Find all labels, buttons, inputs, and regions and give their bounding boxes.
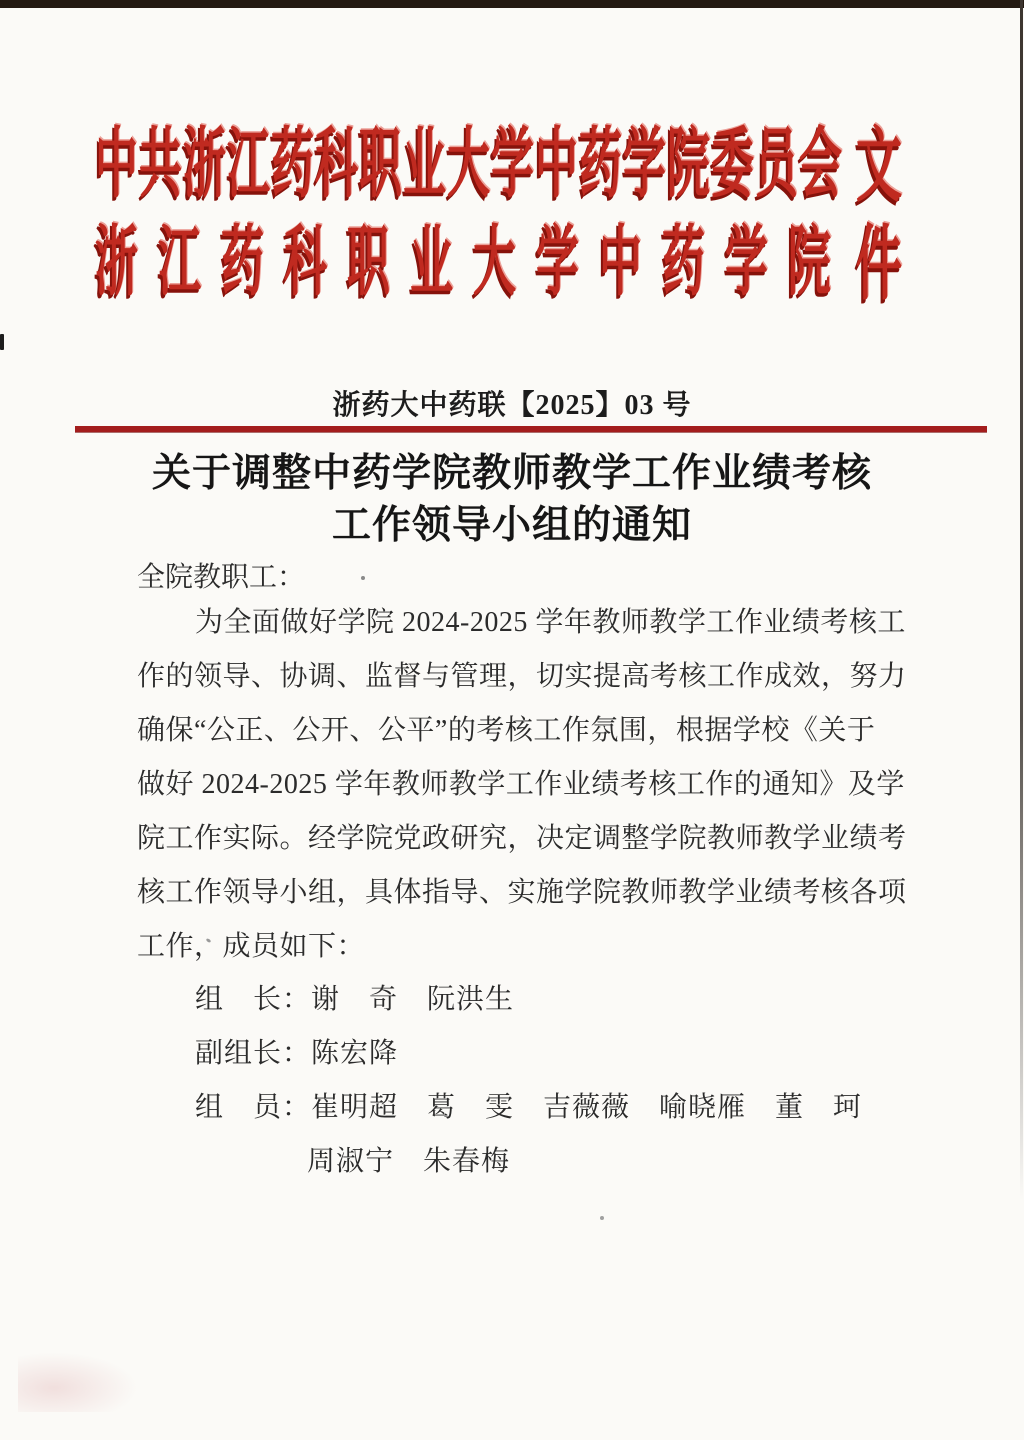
letterhead-suffix-jian: 件 <box>856 224 902 306</box>
roster-role: 组 长： <box>195 984 311 1015</box>
scan-speck <box>361 576 365 580</box>
scan-artifact <box>0 334 4 350</box>
paragraph-line: 做好 2024-2025 学年教师教学工作业绩考核工作的通知》及学 <box>137 758 905 812</box>
document-title-line-1: 关于调整中药学院教师教学工作业绩考核 <box>0 448 1024 500</box>
document-title-line-2: 工作领导小组的通知 <box>0 500 1024 552</box>
roster-names: 陈宏降 <box>311 1038 398 1069</box>
document-scan: 中共浙江药科职业大学中药学院委员会 浙江药科职业大学中药学院 文 件 浙药大中药… <box>0 0 1024 1440</box>
roster-role: 副组长： <box>195 1038 311 1069</box>
body-paragraph: 为全面做好学院 2024-2025 学年教师教学工作业绩考核工 作的领导、协调、… <box>137 596 905 974</box>
letterhead-suffix-wen: 文 <box>856 126 902 208</box>
leading-group-roster: 组 长：谢 奇 阮洪生 副组长：陈宏降 组 员：崔明超 葛 雯 吉薇薇 喻晓雁 … <box>137 973 905 1189</box>
paragraph-line: 为全面做好学院 2024-2025 学年教师教学工作业绩考核工 <box>137 596 905 650</box>
roster-role: 组 员： <box>195 1092 311 1123</box>
paragraph-line: 确保“公正、公开、公平”的考核工作氛围，根据学校《关于 <box>137 704 905 758</box>
roster-row-deputy-leader: 副组长：陈宏降 <box>137 1027 905 1081</box>
paragraph-line: 院工作实际。经学院党政研究，决定调整学院教师教学业绩考 <box>137 812 905 866</box>
scan-top-edge <box>0 0 1024 8</box>
roster-row-leader: 组 长：谢 奇 阮洪生 <box>137 973 905 1027</box>
red-divider-rule <box>75 426 987 432</box>
letterhead-line-1: 中共浙江药科职业大学中药学院委员会 <box>95 126 843 208</box>
roster-names: 谢 奇 阮洪生 <box>311 984 514 1015</box>
roster-row-members-continued: 周淑宁 朱春梅 <box>137 1135 905 1189</box>
document-number: 浙药大中药联【2025】03 号 <box>0 383 1024 423</box>
scan-artifact <box>18 1352 138 1412</box>
roster-names: 周淑宁 朱春梅 <box>307 1146 510 1177</box>
scan-right-edge <box>1020 0 1023 1200</box>
paragraph-line: 工作，成员如下： <box>137 920 905 974</box>
roster-names: 崔明超 葛 雯 吉薇薇 喻晓雁 董 珂 <box>311 1092 862 1123</box>
scan-speck <box>600 1216 604 1220</box>
letterhead-line-2: 浙江药科职业大学中药学院 <box>95 224 851 306</box>
document-title: 关于调整中药学院教师教学工作业绩考核 工作领导小组的通知 <box>0 448 1024 552</box>
roster-row-members: 组 员：崔明超 葛 雯 吉薇薇 喻晓雁 董 珂 <box>137 1081 905 1135</box>
salutation: 全院教职工： <box>137 561 305 595</box>
paragraph-line: 作的领导、协调、监督与管理，切实提高考核工作成效，努力 <box>137 650 905 704</box>
paragraph-line: 核工作领导小组，具体指导、实施学院教师教学业绩考核各项 <box>137 866 905 920</box>
